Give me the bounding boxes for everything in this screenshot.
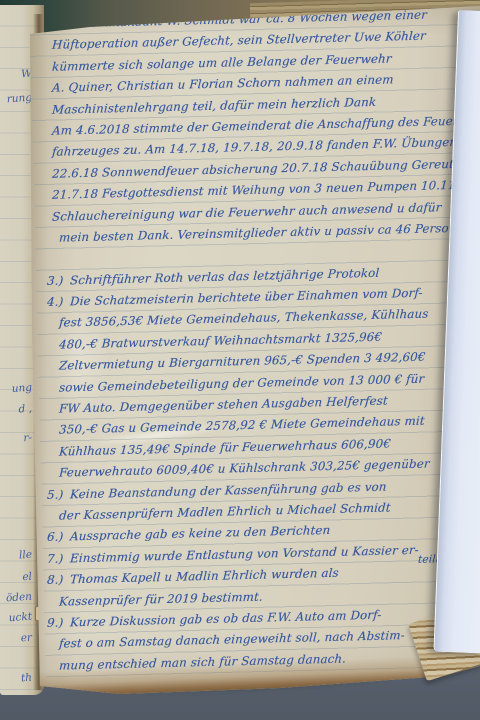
line-text: Schriftführer Roth verlas das letztjähri… [70,265,380,287]
item-number: 5.) [46,484,70,506]
item-number: 4.) [46,291,70,313]
item-number: 9.) [46,612,70,634]
line-text: Keine Beanstandung der Kassenführung gab… [70,479,387,501]
left-page-text-fragment: ung [0,382,32,397]
line-text: Aussprache gab es keine zu den Berichten [70,523,331,543]
left-page-text-fragment: öden [0,591,32,606]
handwritten-text: 2.)1 Kommandant W. Schmidt war ca. 8 Woc… [42,14,478,677]
left-page-text-fragment: lle [0,549,32,564]
left-page-text-fragment: r- [0,432,32,447]
photo-scene: Wrungungd ,r-lleelödenuckterth 2.)1 Komm… [0,0,480,720]
line-text: Kassenprüfer für 2019 bestimmt. [59,589,264,608]
left-page-text-fragment: th [0,672,32,687]
left-page-text-fragment: d , [0,403,32,418]
page-content: 2.)1 Kommandant W. Schmidt war ca. 8 Woc… [38,14,480,704]
item-number: 7.) [46,548,70,570]
left-page-text-fragment: rung [0,92,32,107]
line-text: Thomas Kapell u Madlin Ehrlich wurden al… [70,566,340,587]
line-text: A. Quiner, Christian u Florian Schorn na… [52,73,394,95]
left-page-text-fragment: er [0,632,32,647]
item-number: 8.) [46,569,70,591]
left-page-text-fragment: uckt [0,611,32,626]
left-page-text-fragment: W [0,68,32,83]
notebook-page: 2.)1 Kommandant W. Schmidt war ca. 8 Woc… [30,0,480,706]
left-page-text-fragment: el [0,571,32,586]
item-number: 6.) [46,527,70,549]
item-number: 3.) [46,270,70,292]
